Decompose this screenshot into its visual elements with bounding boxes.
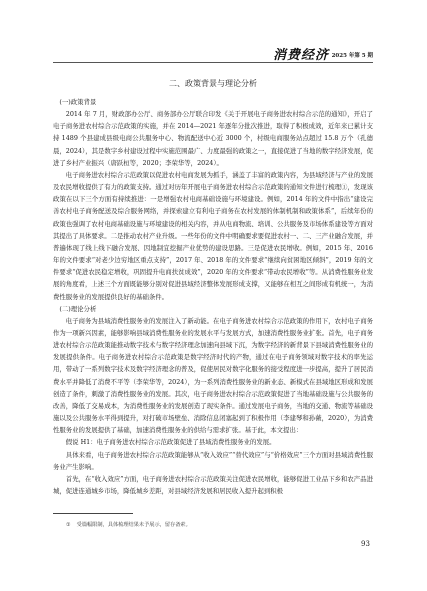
- paragraph: 具体来看，电子商务进农村综合示范政策能够从“收入效应”“替代效应”与“价格效应”…: [53, 449, 373, 473]
- paragraph: 电子商务为县域消费性服务业的发展注入了新动能。在电子商务进农村综合示范政策的作用…: [53, 315, 373, 437]
- paragraph: 电子商务进农村综合示范政策以促进农村电商发展为抓手，涵盖了丰富的政策内容，为县域…: [53, 169, 373, 303]
- subsection-heading-theory: (二)理论分析: [53, 303, 373, 315]
- footnote-text: 受篇幅限制，具体梳理结果未予展示，留存备索。: [77, 522, 191, 528]
- body-text: (一)政策背景 2014 年 7 月，财政部办公厅、商务部办公厅联合印发《关于开…: [53, 96, 373, 497]
- hypothesis-h1: 假说 H1：电子商务进农村综合示范政策促进了县域消费性服务业的发展。: [53, 436, 373, 448]
- footnote-mark: ①: [66, 522, 71, 528]
- issue-label: 2025 年第 5 期: [332, 51, 373, 59]
- paragraph: 2014 年 7 月，财政部办公厅、商务部办公厅联合印发《关于开展电子商务进农村…: [53, 108, 373, 169]
- subsection-heading-policy-background: (一)政策背景: [53, 96, 373, 108]
- journal-logo: 消费经济: [273, 44, 329, 63]
- paragraph: 首先，在“收入效应”方面，电子商务进农村综合示范政策关注促进农民增收，能够促进工…: [53, 473, 373, 497]
- header-rule: [53, 62, 373, 63]
- section-title: 二、政策背景与理论分析: [53, 78, 373, 89]
- page-number: 93: [361, 540, 370, 548]
- footnote: ①受篇幅限制，具体梳理结果未予展示，留存备索。: [66, 521, 191, 528]
- footnote-rule: [53, 513, 133, 514]
- running-header: 消费经济 2025 年第 5 期: [53, 44, 373, 62]
